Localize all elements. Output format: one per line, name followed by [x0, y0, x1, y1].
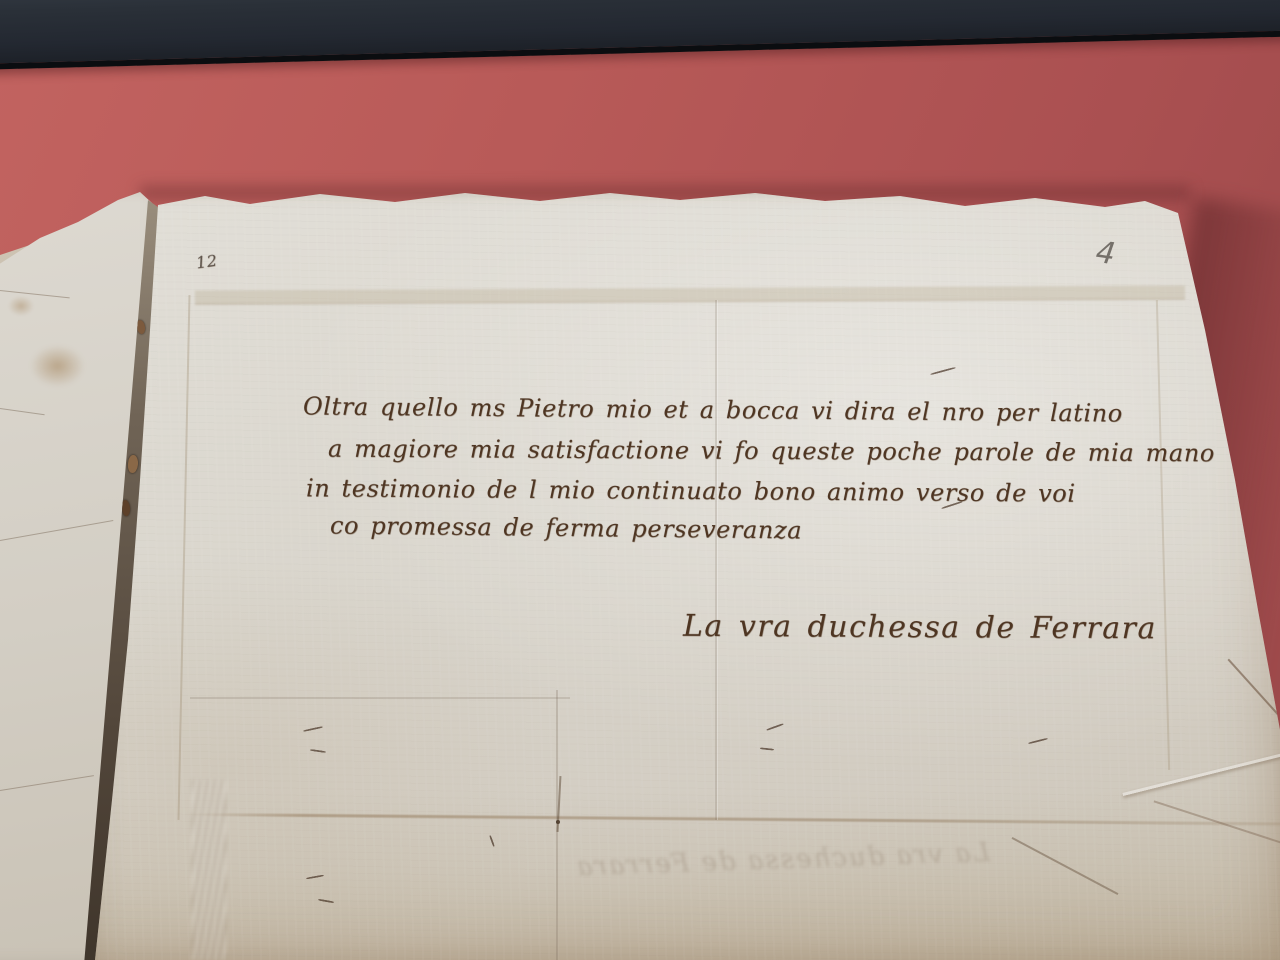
letter-line-2: a magiore mia satisfactione vi fo queste…	[328, 435, 1215, 468]
manuscript-page: 12 4 Oltra quello ms Pietro mio et a boc…	[80, 185, 1280, 960]
letter-line-4: co promessa de ferma perseveranza	[330, 512, 802, 545]
parchment-stain	[30, 345, 85, 387]
signature-line: La vra duchessa de Ferrara	[683, 609, 1157, 646]
stitching-thread	[127, 455, 139, 474]
leaf-edge-line	[0, 408, 45, 415]
stitching-thread	[121, 500, 130, 517]
museum-photo-scene: { "scene": { "setting": "manuscript volu…	[0, 0, 1280, 960]
wrinkle-band	[192, 780, 226, 960]
parchment-stain	[8, 296, 34, 316]
letter-line-3: in testimonio de l mio continuato bono a…	[306, 474, 1076, 507]
display-ledge	[0, 0, 1280, 70]
folio-mark: 12	[195, 251, 219, 273]
fold-line	[0, 520, 113, 541]
ink-speck	[58, 220, 62, 224]
fold-line	[0, 775, 94, 791]
crease-line	[190, 697, 570, 699]
ink-speck	[52, 208, 56, 212]
crease-line	[715, 300, 717, 820]
leaf-edge-line	[0, 290, 70, 298]
